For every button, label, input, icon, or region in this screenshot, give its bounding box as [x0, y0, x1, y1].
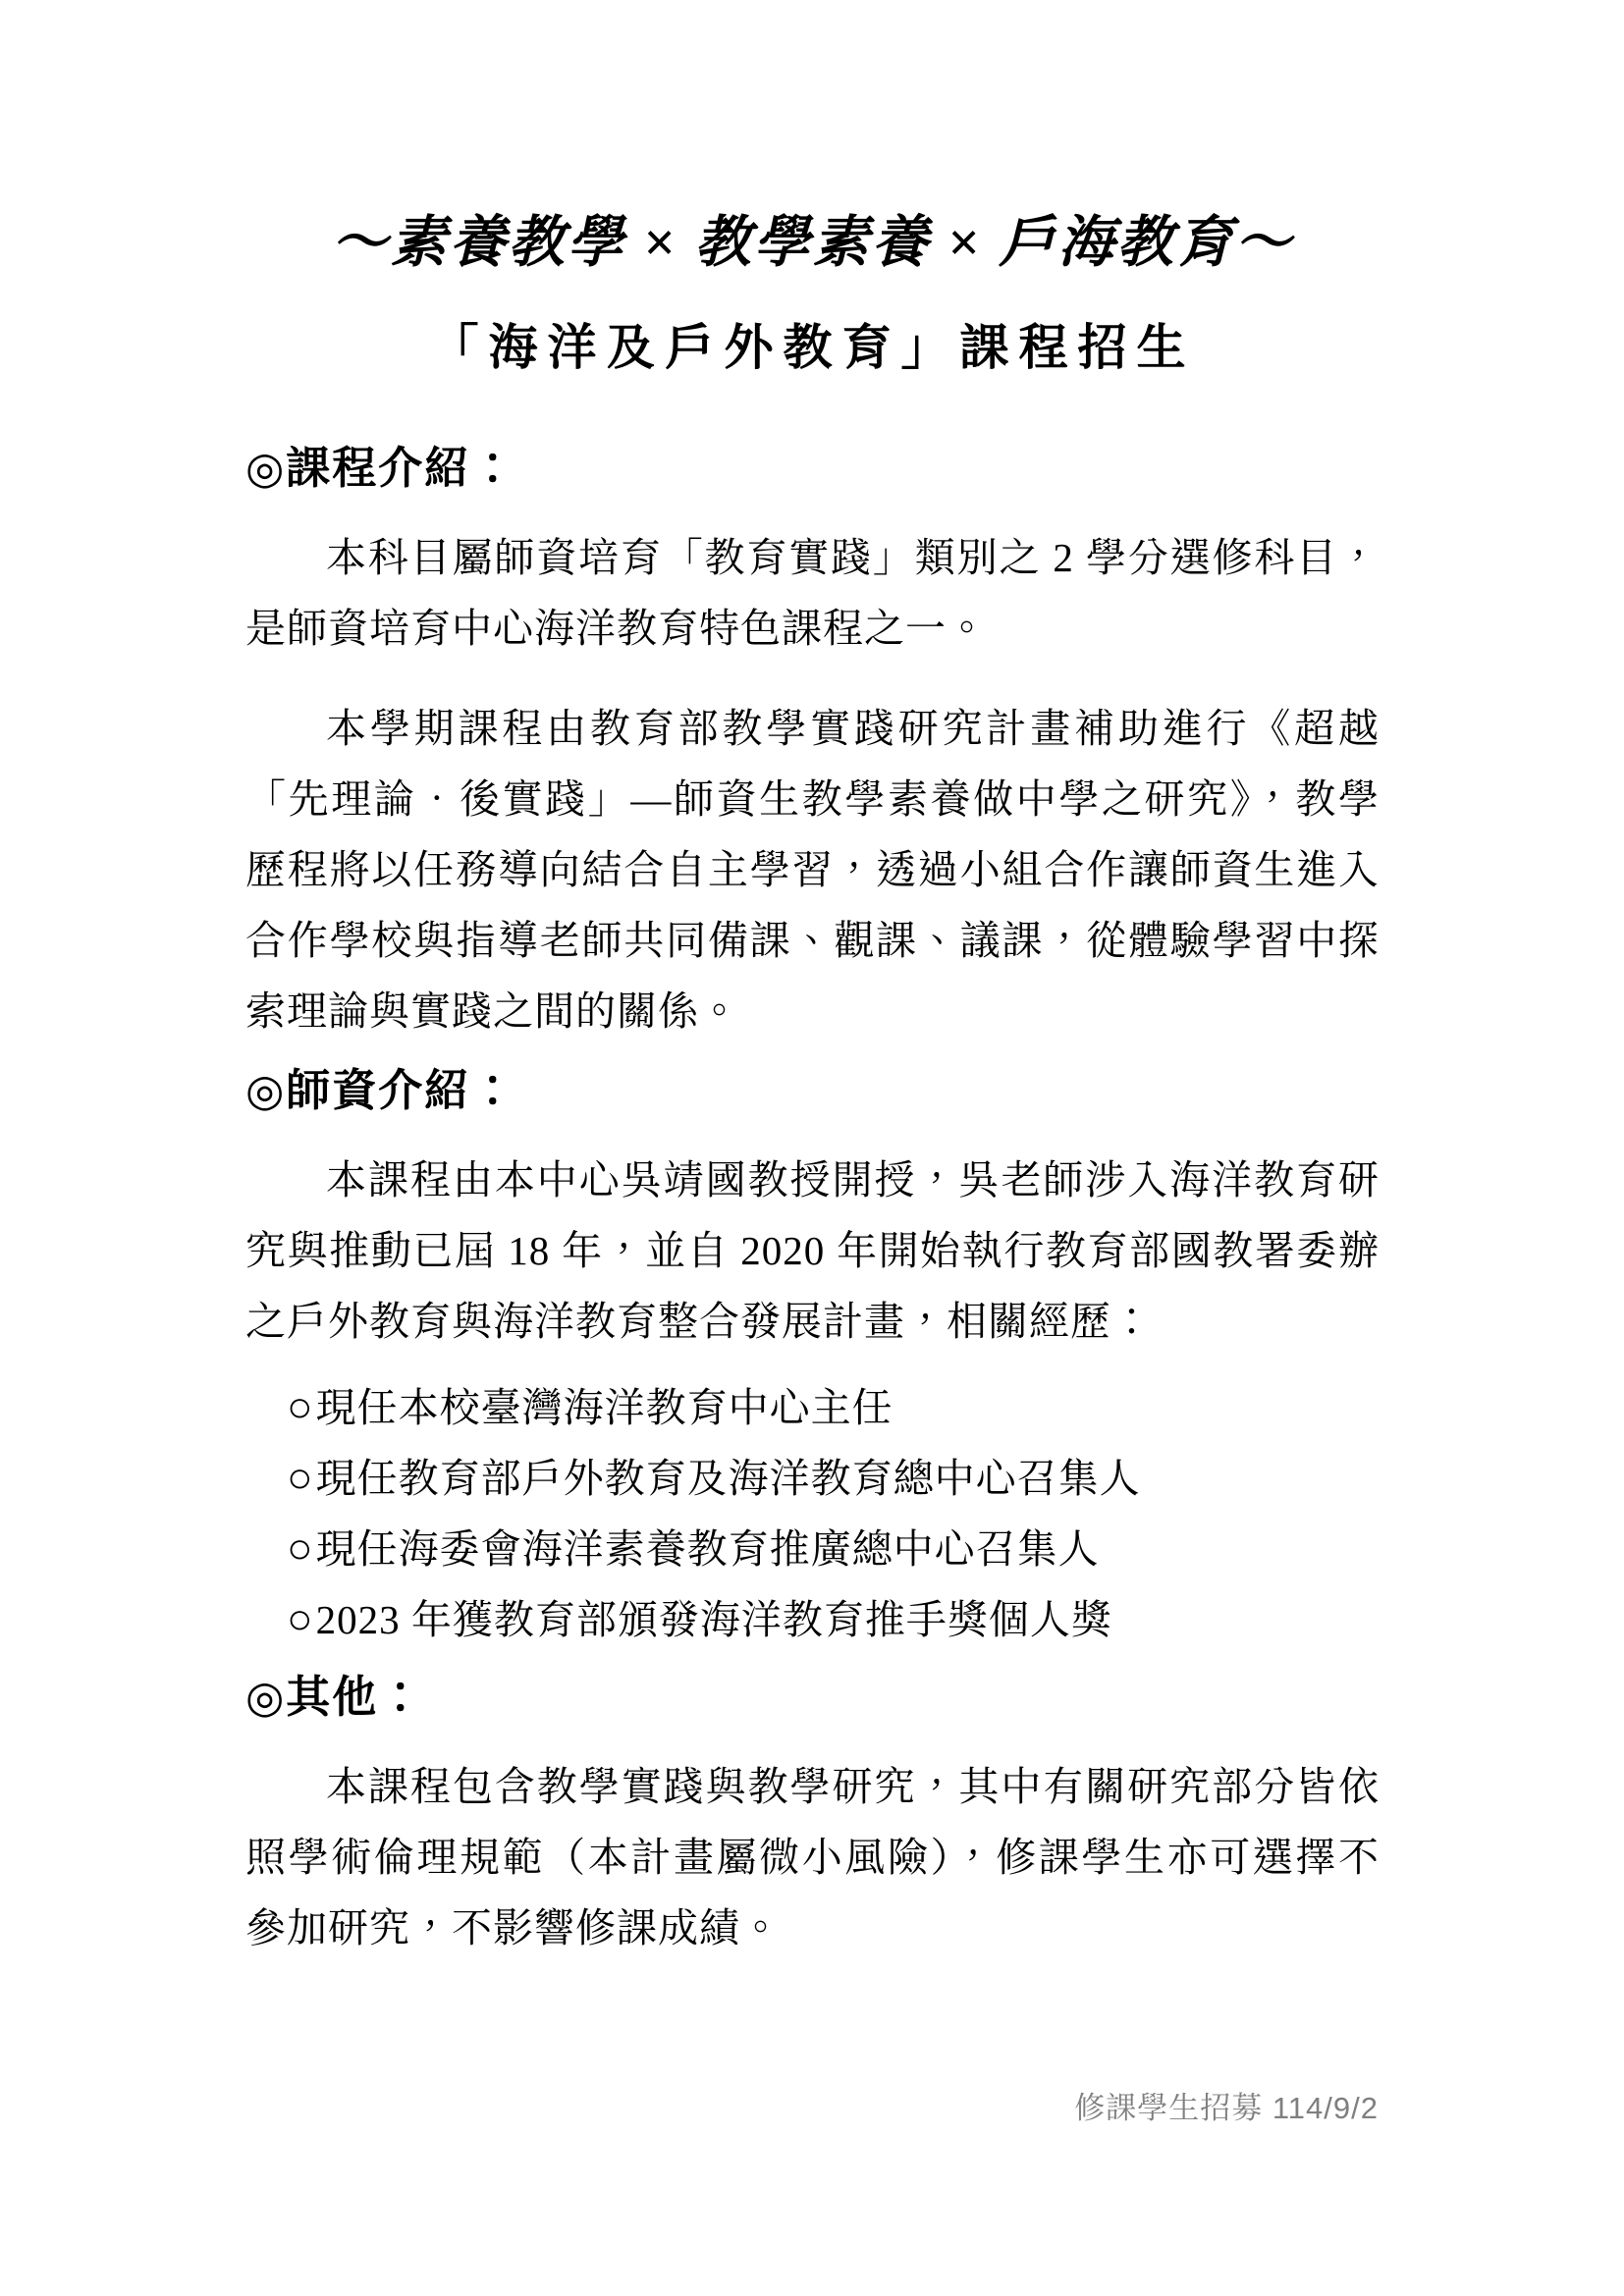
credential-text: 2023 年獲教育部頒發海洋教育推手獎個人獎 — [316, 1597, 1112, 1642]
circle-bullet-icon: ○ — [287, 1524, 314, 1573]
section-heading-faculty-intro: ◎師資介紹： — [245, 1060, 1380, 1121]
footer-note: 修課學生招募 114/9/2 — [1074, 2089, 1379, 2128]
section-course-intro: ◎課程介紹： 本科目屬師資培育「教育實踐」類別之 2 學分選修科目，是師資培育中… — [245, 438, 1380, 1046]
section-heading-text: 課程介紹： — [286, 444, 516, 493]
document-page: ～素養教學 × 教學素養 × 戶海教育～ 「海洋及戶外教育」課程招生 ◎課程介紹… — [0, 0, 1624, 2296]
banner-title: ～素養教學 × 教學素養 × 戶海教育～ — [245, 201, 1380, 285]
bullseye-icon: ◎ — [245, 444, 286, 493]
circle-bullet-icon: ○ — [287, 1595, 314, 1643]
page-title: 「海洋及戶外教育」課程招生 — [245, 310, 1380, 385]
bullseye-icon: ◎ — [245, 1673, 286, 1722]
section-heading-other: ◎其他： — [245, 1667, 1380, 1728]
section-heading-text: 師資介紹： — [286, 1066, 516, 1115]
list-item: ○現任海委會海洋素養教育推廣總中心召集人 — [287, 1514, 1380, 1584]
bullseye-icon: ◎ — [245, 1066, 286, 1115]
section-faculty-intro: ◎師資介紹： 本課程由本中心吳靖國教授開授，吳老師涉入海洋教育研究與推動已屆 1… — [245, 1060, 1380, 1655]
section-heading-text: 其他： — [286, 1673, 424, 1722]
course-intro-paragraph-2: 本學期課程由教育部教學實踐研究計畫補助進行《超越「先理論‧後實踐」—師資生教學素… — [245, 693, 1380, 1046]
circle-bullet-icon: ○ — [287, 1383, 314, 1431]
faculty-intro-paragraph: 本課程由本中心吳靖國教授開授，吳老師涉入海洋教育研究與推動已屆 18 年，並自 … — [245, 1145, 1380, 1357]
list-item: ○現任本校臺灣海洋教育中心主任 — [287, 1372, 1380, 1443]
course-intro-paragraph-1: 本科目屬師資培育「教育實踐」類別之 2 學分選修科目，是師資培育中心海洋教育特色… — [245, 522, 1380, 664]
section-heading-course-intro: ◎課程介紹： — [245, 438, 1380, 499]
section-other: ◎其他： 本課程包含教學實踐與教學研究，其中有關研究部分皆依照學術倫理規範（本計… — [245, 1667, 1380, 1963]
list-item: ○現任教育部戶外教育及海洋教育總中心召集人 — [287, 1443, 1380, 1514]
credential-text: 現任海委會海洋素養教育推廣總中心召集人 — [316, 1526, 1100, 1572]
credential-text: 現任教育部戶外教育及海洋教育總中心召集人 — [316, 1456, 1141, 1501]
other-paragraph: 本課程包含教學實踐與教學研究，其中有關研究部分皆依照學術倫理規範（本計畫屬微小風… — [245, 1751, 1380, 1963]
circle-bullet-icon: ○ — [287, 1454, 314, 1502]
list-item: ○2023 年獲教育部頒發海洋教育推手獎個人獎 — [287, 1584, 1380, 1655]
credential-list: ○現任本校臺灣海洋教育中心主任 ○現任教育部戶外教育及海洋教育總中心召集人 ○現… — [245, 1372, 1380, 1655]
credential-text: 現任本校臺灣海洋教育中心主任 — [316, 1385, 893, 1430]
